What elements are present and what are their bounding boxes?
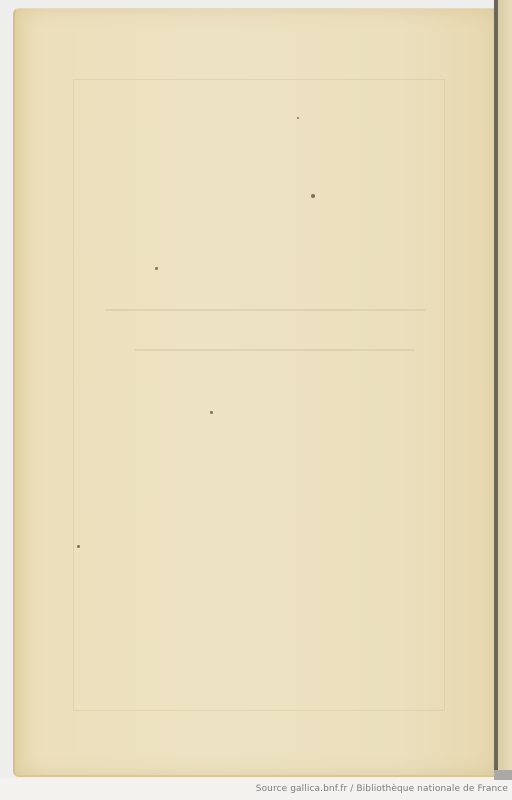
showthrough-line [105, 309, 425, 311]
book-page [13, 8, 498, 777]
page-frame-showthrough [73, 79, 445, 711]
scan-edge [494, 770, 512, 780]
paper-speck [77, 545, 80, 548]
paper-speck [297, 117, 299, 119]
paper-speck [155, 267, 158, 270]
paper-speck [311, 194, 315, 198]
facing-page-edge [498, 0, 512, 778]
showthrough-line [135, 349, 415, 351]
source-caption: Source gallica.bnf.fr / Bibliothèque nat… [256, 784, 508, 794]
paper-speck [210, 411, 213, 414]
